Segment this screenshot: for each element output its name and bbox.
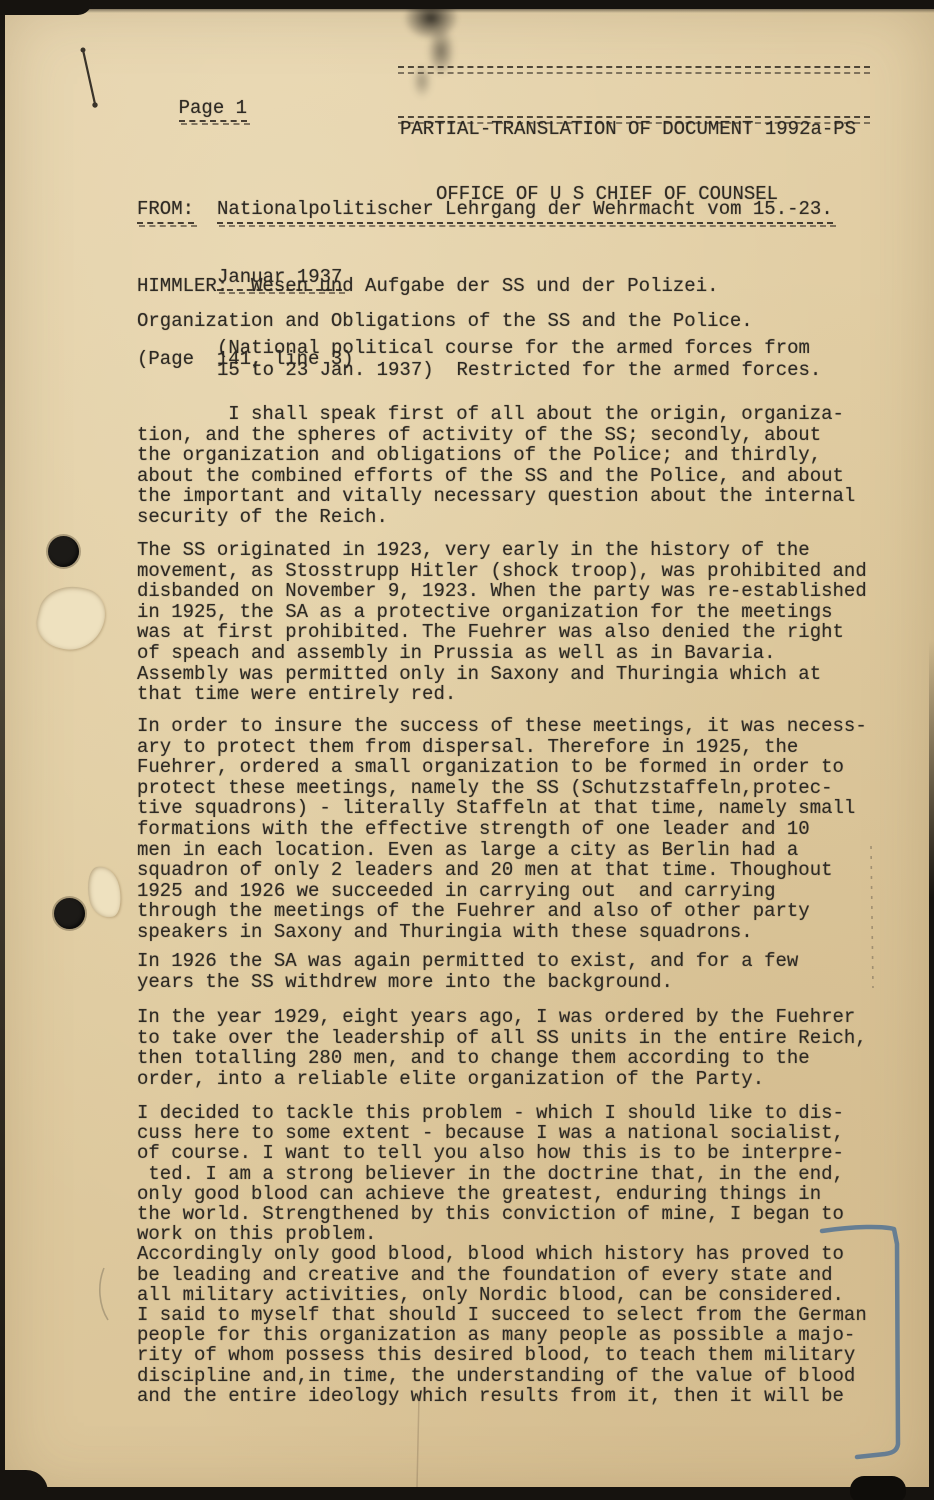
page-number-text: Page 1 [179,98,247,123]
header-rule-bottom [398,116,870,124]
paragraph-6: I decided to tackle this problem - which… [137,1103,867,1406]
scanned-document-page: Page 1 PARTIAL-TRANSLATION OF DOCUMENT 1… [0,0,934,1500]
scan-shadow-blob [850,1476,906,1500]
scan-edge-bottom [0,1487,934,1500]
from-label: FROM: [137,199,194,224]
speaker-line: HIMMLER: Wesen und Aufgabe der SS und de… [137,276,719,298]
scan-edge-left [0,0,5,1500]
paragraph-1: I shall speak first of all about the ori… [137,404,855,528]
scan-edge-right [929,640,934,1500]
paragraph-2: The SS originated in 1923, very early in… [137,540,867,705]
page-number-label: Page 1 [133,76,247,144]
paragraph-3: In order to insure the success of these … [137,716,867,943]
hole-punch-top [48,536,79,567]
from-source-line: Nationalpolitischer Lehrgang der Wehrmac… [217,199,833,224]
paragraph-4: In 1926 the SA was again permitted to ex… [137,951,798,992]
document-title-line: Organization and Obligations of the SS a… [137,311,753,333]
scan-edge-top-left [0,0,92,15]
page-reference: (Page 141, line 3) [137,349,354,371]
from-line: FROM:Nationalpolitischer Lehrgang der We… [137,199,833,224]
header-rule-top [398,66,870,74]
paragraph-5: In the year 1929, eight years ago, I was… [137,1007,867,1089]
scan-edge-top [0,0,934,9]
hole-punch-bottom [54,898,85,929]
